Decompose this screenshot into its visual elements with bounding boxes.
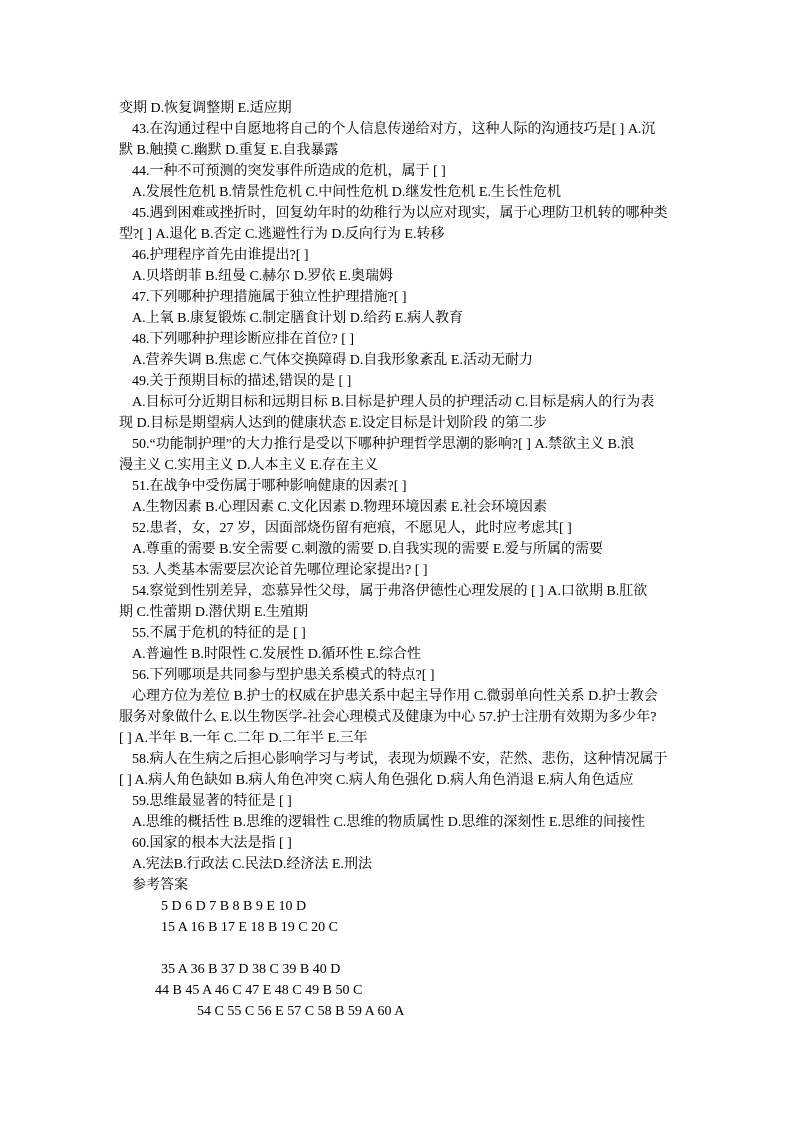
answer-key-line: 44 B 45 A 46 C 47 E 48 C 49 B 50 C [119,980,679,1001]
question-line-49: 49.关于预期目标的描述,错误的是 [ ] [119,371,679,392]
question-line-59: 59.思维最显著的特征是 [ ] [119,791,679,812]
question-line-53: 53. 人类基本需要层次论首先哪位理论家提出? [ ] [119,560,679,581]
question-line-46: 46.护理程序首先由谁提出?[ ] [119,245,679,266]
options-line: A.贝塔朗菲 B.纽曼 C.赫尔 D.罗依 E.奥瑞姆 [119,266,679,287]
question-line-48: 48.下列哪种护理诊断应排在首位? [ ] [119,329,679,350]
blank-line [119,938,679,959]
question-line-51: 51.在战争中受伤属于哪种影响健康的因素?[ ] [119,476,679,497]
text-line: 现 D.目标是期望病人达到的健康状态 E.设定目标是计划阶段 的第二步 [119,413,679,434]
answer-key-line: 54 C 55 C 56 E 57 C 58 B 59 A 60 A [119,1001,679,1022]
question-line-55: 55.不属于危机的特征的是 [ ] [119,623,679,644]
question-line-60: 60.国家的根本大法是指 [ ] [119,833,679,854]
text-line: 漫主义 C.实用主义 D.人本主义 E.存在主义 [119,455,679,476]
options-line: A.目标可分近期目标和远期目标 B.目标是护理人员的护理活动 C.目标是病人的行… [119,392,679,413]
question-line-56: 56.下列哪项是共同参与型护患关系模式的特点?[ ] [119,665,679,686]
answer-key-line: 5 D 6 D 7 B 8 B 9 E 10 D [119,896,679,917]
text-line: 变期 D.恢复调整期 E.适应期 [119,98,679,119]
question-line-52: 52.患者，女，27 岁，因面部烧伤留有疤痕，不愿见人，此时应考虑其[ ] [119,518,679,539]
question-line-47: 47.下列哪种护理措施属于独立性护理措施?[ ] [119,287,679,308]
question-line-50: 50.“功能制护理”的大力推行是受以下哪种护理哲学思潮的影响?[ ] A.禁欲主… [119,434,679,455]
options-line: A.生物因素 B.心理因素 C.文化因素 D.物理环境因素 E.社会环境因素 [119,497,679,518]
question-line-43: 43.在沟通过程中自愿地将自己的个人信息传递给对方，这种人际的沟通技巧是[ ] … [119,119,679,140]
options-line: A.普遍性 B.时限性 C.发展性 D.循环性 E.综合性 [119,644,679,665]
options-line: A.尊重的需要 B.安全需要 C.刺激的需要 D.自我实现的需要 E.爱与所属的… [119,539,679,560]
document-page: 变期 D.恢复调整期 E.适应期 43.在沟通过程中自愿地将自己的个人信息传递给… [0,0,794,1123]
answer-key-line: 15 A 16 B 17 E 18 B 19 C 20 C [119,917,679,938]
question-line-45: 45.遇到困难或挫折时，回复幼年时的幼稚行为以应对现实，属于心理防卫机转的哪种类 [119,203,679,224]
text-line: 期 C.性蕾期 D.潜伏期 E.生殖期 [119,602,679,623]
text-line: 默 B.触摸 C.幽默 D.重复 E.自我暴露 [119,140,679,161]
options-line: 心理方位为差位 B.护士的权威在护患关系中起主导作用 C.微弱单向性关系 D.护… [119,686,679,707]
exam-text-block: 变期 D.恢复调整期 E.适应期 43.在沟通过程中自愿地将自己的个人信息传递给… [119,98,679,1022]
options-line: A.思维的概括性 B.思维的逻辑性 C.思维的物质属性 D.思维的深刻性 E.思… [119,812,679,833]
answer-key-title: 参考答案 [119,875,679,896]
text-line: 型?[ ] A.退化 B.否定 C.逃避性行为 D.反向行为 E.转移 [119,224,679,245]
question-line-58: 58.病人在生病之后担心影响学习与考试，表现为烦躁不安，茫然、悲伤，这种情况属于 [119,749,679,770]
answer-key-line: 35 A 36 B 37 D 38 C 39 B 40 D [119,959,679,980]
options-line: A.发展性危机 B.情景性危机 C.中间性危机 D.继发性危机 E.生长性危机 [119,182,679,203]
question-line-44: 44.一种不可预测的突发事件所造成的危机，属于 [ ] [119,161,679,182]
options-line: A.上氧 B.康复锻炼 C.制定膳食计划 D.给药 E.病人教育 [119,308,679,329]
text-line: 服务对象做什么 E.以生物医学-社会心理模式及健康为中心 57.护士注册有效期为… [119,707,679,728]
question-line-54: 54.察觉到性别差异，恋慕异性父母，属于弗洛伊德性心理发展的 [ ] A.口欲期… [119,581,679,602]
text-line: [ ] A.半年 B.一年 C.二年 D.二年半 E.三年 [119,728,679,749]
options-line: A.营养失调 B.焦虑 C.气体交换障碍 D.自我形象紊乱 E.活动无耐力 [119,350,679,371]
options-line: A.宪法B.行政法 C.民法D.经济法 E.刑法 [119,854,679,875]
text-line: [ ] A.病人角色缺如 B.病人角色冲突 C.病人角色强化 D.病人角色消退 … [119,770,679,791]
